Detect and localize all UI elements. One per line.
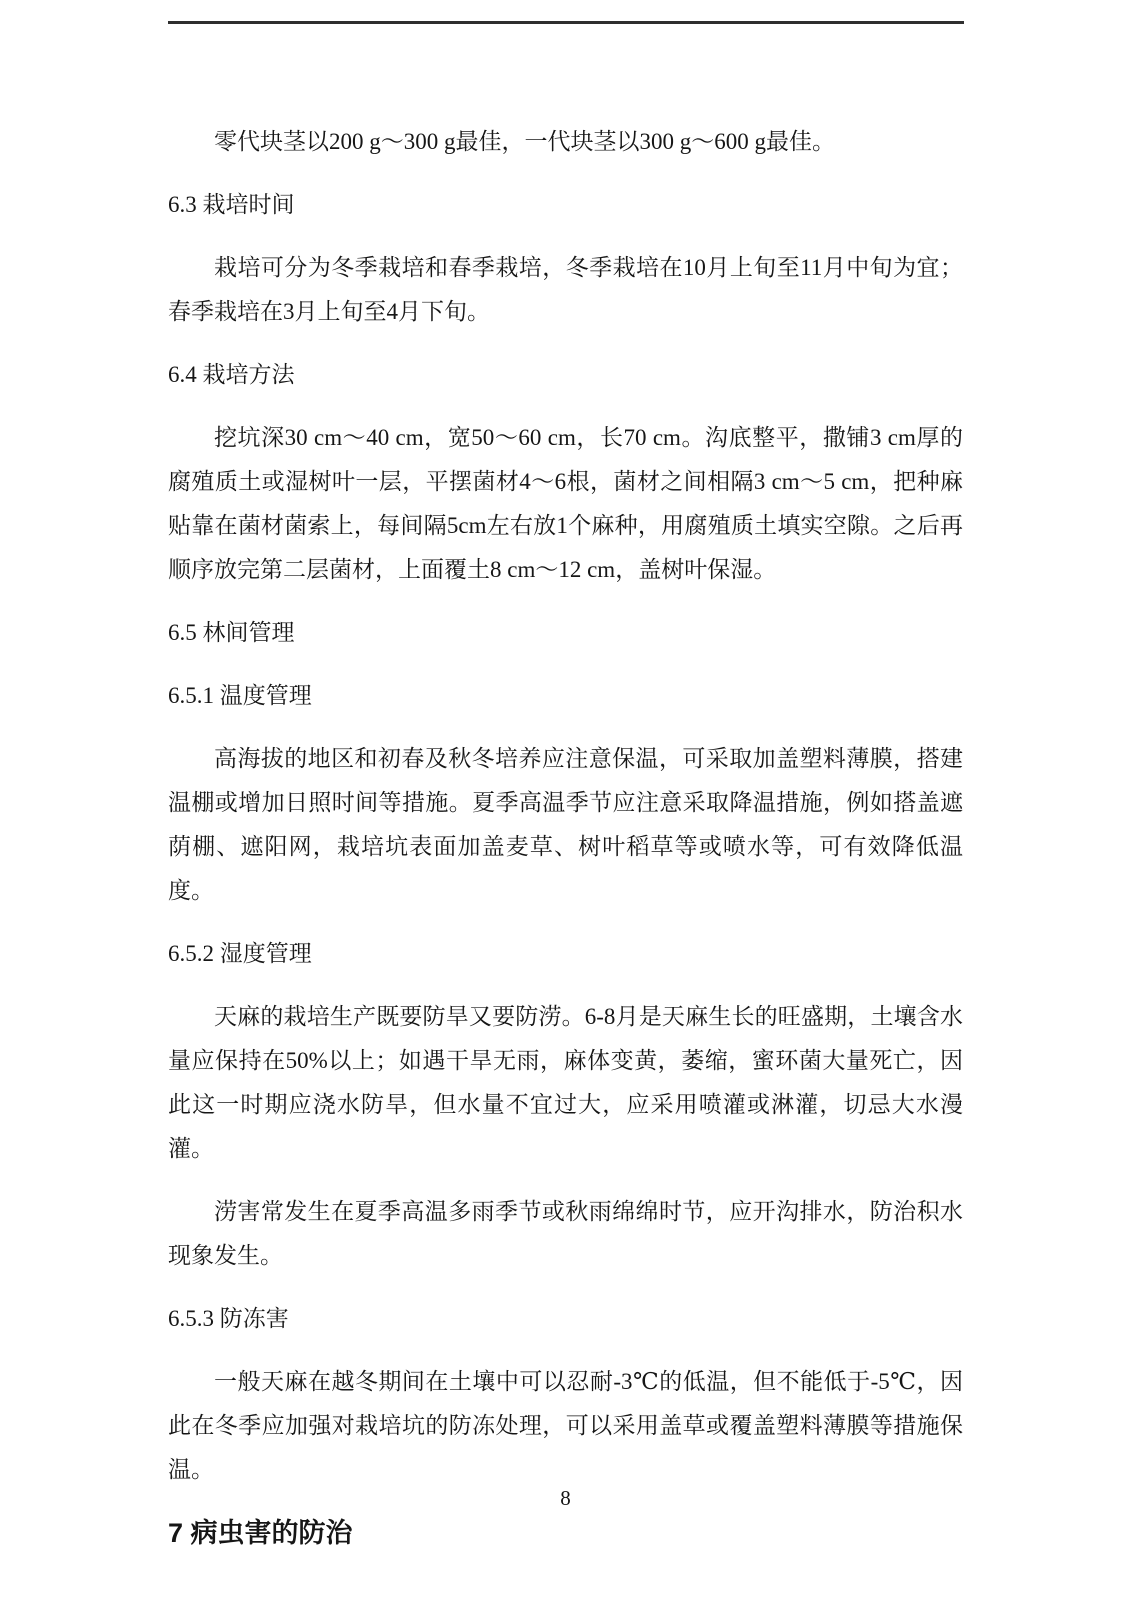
paragraph: 涝害常发生在夏季高温多雨季节或秋雨绵绵时节，应开沟排水，防治积水现象发生。 — [168, 1190, 963, 1278]
paragraph: 天麻的栽培生产既要防旱又要防涝。6-8月是天麻生长的旺盛期，土壤含水量应保持在5… — [168, 995, 963, 1171]
header-rule — [168, 21, 964, 24]
section-heading-6-5-3: 6.5.3 防冻害 — [168, 1297, 963, 1341]
page-number: 8 — [0, 1486, 1131, 1511]
document-body: 零代块茎以200 g～300 g最佳，一代块茎以300 g～600 g最佳。 6… — [168, 120, 963, 1555]
section-heading-6-5-1: 6.5.1 温度管理 — [168, 674, 963, 718]
chapter-heading-7: 7 病虫害的防治 — [168, 1511, 963, 1555]
paragraph: 高海拔的地区和初春及秋冬培养应注意保温，可采取加盖塑料薄膜，搭建温棚或增加日照时… — [168, 737, 963, 913]
section-heading-6-3: 6.3 栽培时间 — [168, 183, 963, 227]
section-heading-6-4: 6.4 栽培方法 — [168, 353, 963, 397]
section-heading-6-5-2: 6.5.2 湿度管理 — [168, 932, 963, 976]
paragraph: 零代块茎以200 g～300 g最佳，一代块茎以300 g～600 g最佳。 — [168, 120, 963, 164]
paragraph: 一般天麻在越冬期间在土壤中可以忍耐-3℃的低温，但不能低于-5℃，因此在冬季应加… — [168, 1360, 963, 1492]
paragraph: 栽培可分为冬季栽培和春季栽培，冬季栽培在10月上旬至11月中旬为宜；春季栽培在3… — [168, 246, 963, 334]
paragraph: 挖坑深30 cm～40 cm，宽50～60 cm，长70 cm。沟底整平，撒铺3… — [168, 416, 963, 592]
section-heading-6-5: 6.5 林间管理 — [168, 611, 963, 655]
